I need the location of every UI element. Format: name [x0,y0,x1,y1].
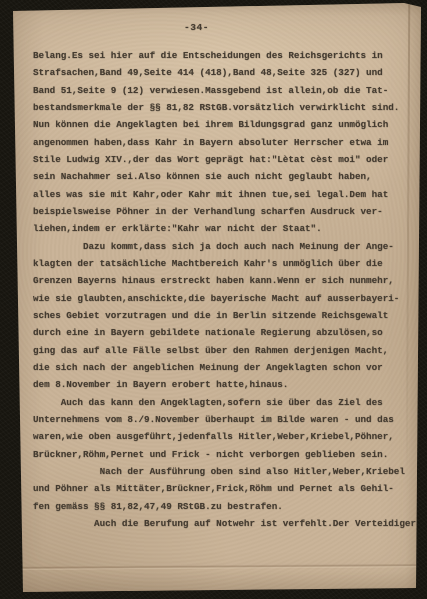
page-number: -34- [184,22,209,33]
document-page: -34- Belang.Es sei hier auf die Entschei… [0,0,427,599]
horizontal-crease-line [0,564,423,571]
typewritten-text: Belang.Es sei hier auf die Entscheidunge… [33,47,416,532]
scanned-document-photo: -34- Belang.Es sei hier auf die Entschei… [0,0,427,599]
